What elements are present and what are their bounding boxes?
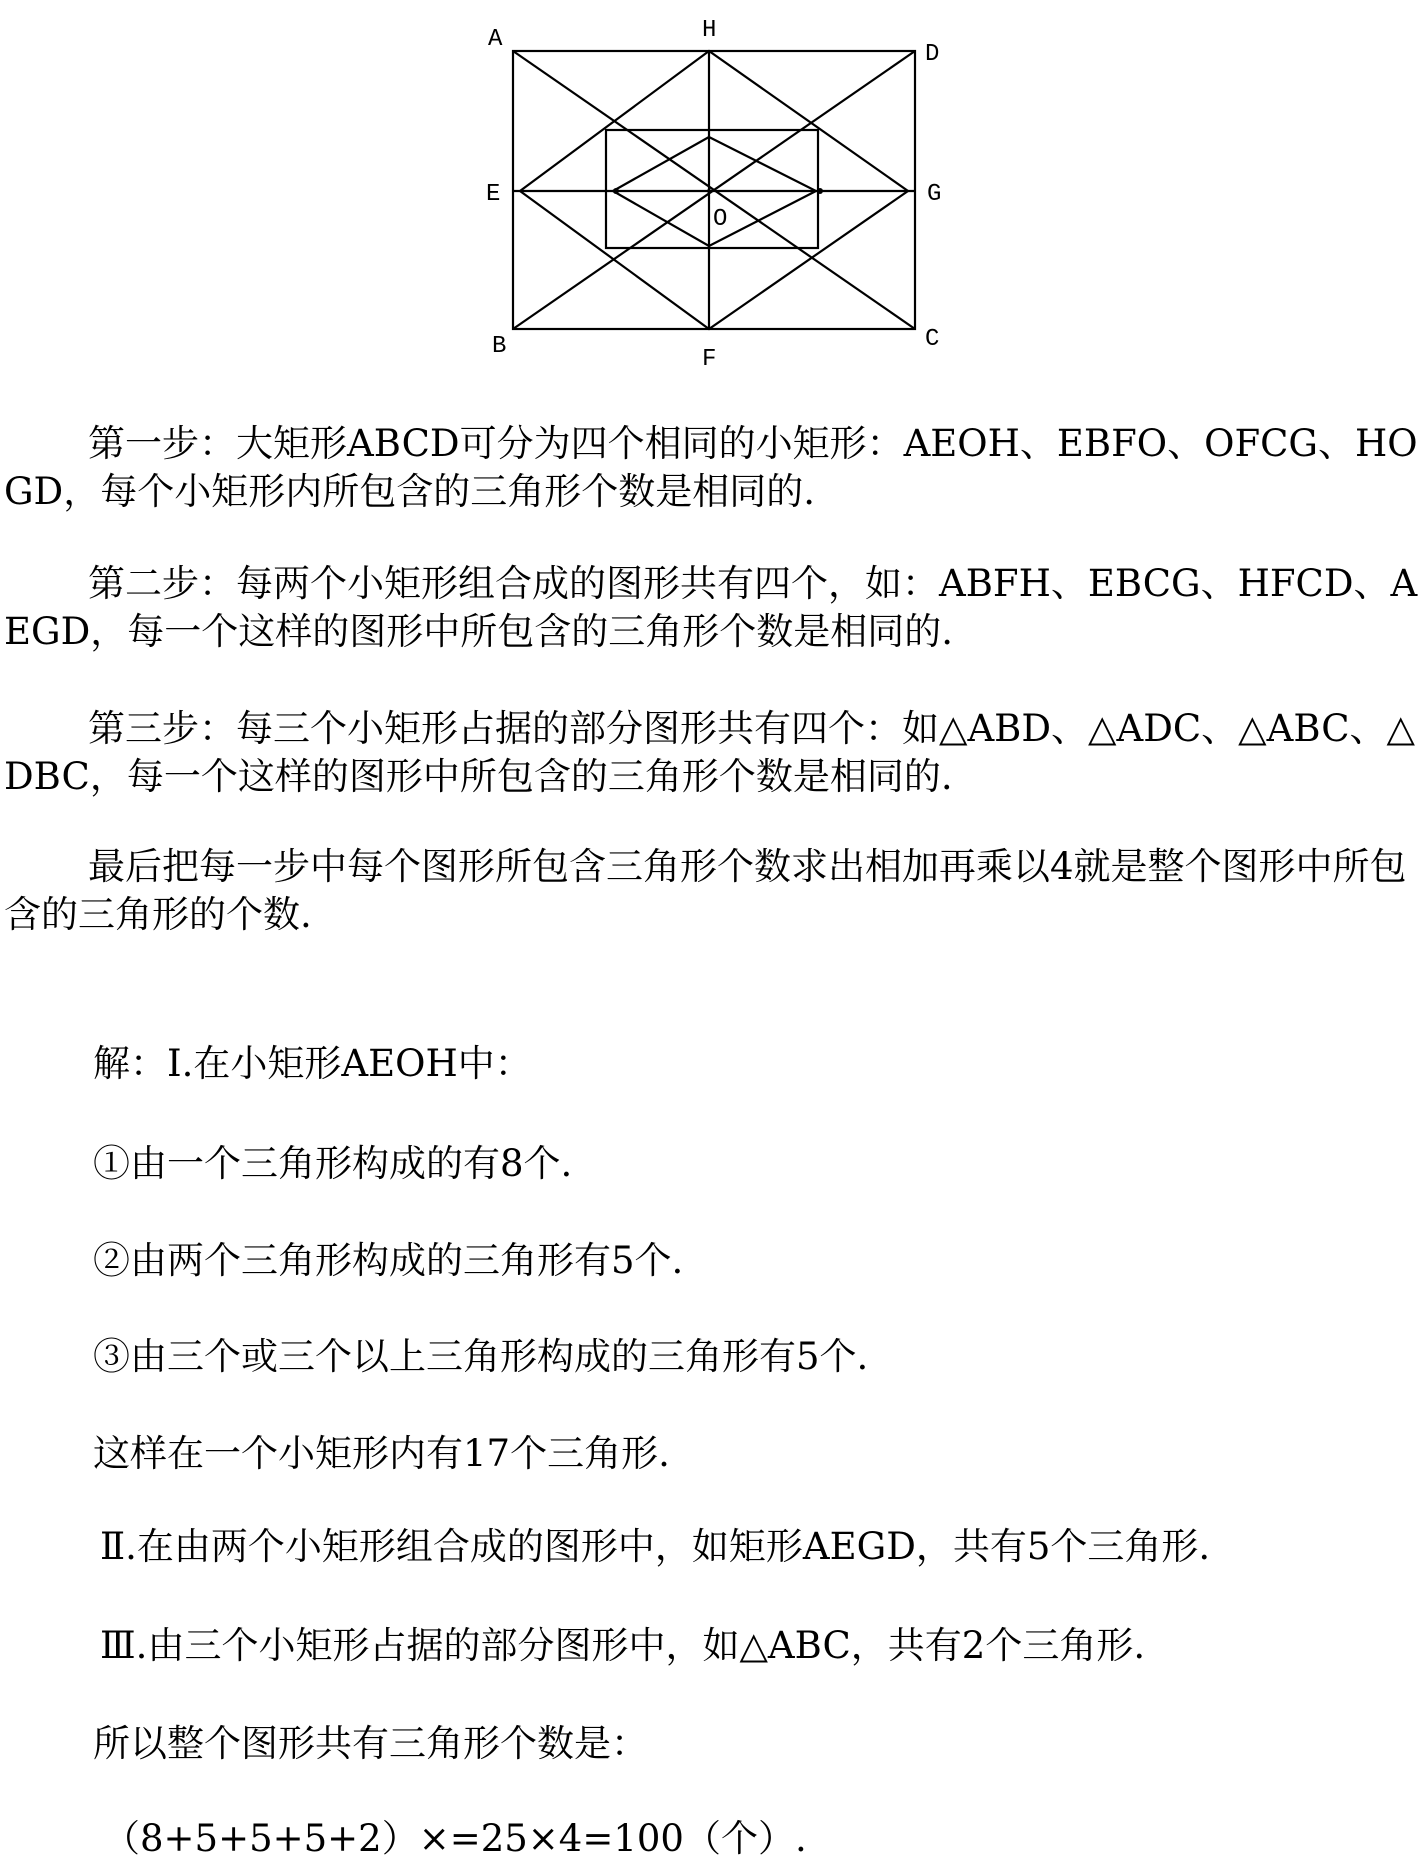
label-a: A — [488, 26, 503, 53]
label-f: F — [702, 346, 716, 373]
label-o: O — [713, 206, 727, 233]
explanation-step3: 第三步：每三个小矩形占据的部分图形共有四个：如△ABD、△ADC、△ABC、△D… — [4, 705, 1424, 801]
label-d: D — [925, 41, 939, 68]
explanation-final: 最后把每一步中每个图形所包含三角形个数求出相加再乘以4就是整个图形中所包含的三角… — [4, 843, 1424, 939]
geometry-figure: A H D E G O B F C — [480, 0, 980, 380]
solution-item2: ②由两个三角形构成的三角形有5个. — [93, 1237, 683, 1285]
solution-subtotal: 这样在一个小矩形内有17个三角形. — [93, 1430, 670, 1478]
explanation-step1: 第一步：大矩形ABCD可分为四个相同的小矩形：AEOH、EBFO、OFCG、HO… — [4, 420, 1424, 516]
label-h: H — [702, 17, 716, 44]
solution-part1-heading: 解：Ⅰ.在小矩形AEOH中： — [93, 1040, 532, 1088]
solution-part3: Ⅲ.由三个小矩形占据的部分图形中，如△ABC，共有2个三角形. — [100, 1622, 1145, 1670]
explanation-step2: 第二步：每两个小矩形组合成的图形共有四个，如：ABFH、EBCG、HFCD、AE… — [4, 560, 1424, 656]
solution-item1: ①由一个三角形构成的有8个. — [93, 1140, 572, 1188]
solution-item3: ③由三个或三个以上三角形构成的三角形有5个. — [93, 1333, 868, 1381]
label-b: B — [492, 333, 506, 360]
rectangle-triangles-diagram: A H D E G O B F C — [480, 0, 980, 380]
label-c: C — [925, 326, 939, 353]
label-g: G — [927, 181, 941, 208]
solution-formula: （8+5+5+5+2）×=25×4=100（个）. — [103, 1815, 807, 1860]
solution-conclusion: 所以整个图形共有三角形个数是： — [93, 1720, 648, 1768]
solution-part2: Ⅱ.在由两个小矩形组合成的图形中，如矩形AEGD，共有5个三角形. — [100, 1523, 1210, 1571]
label-e: E — [486, 181, 500, 208]
